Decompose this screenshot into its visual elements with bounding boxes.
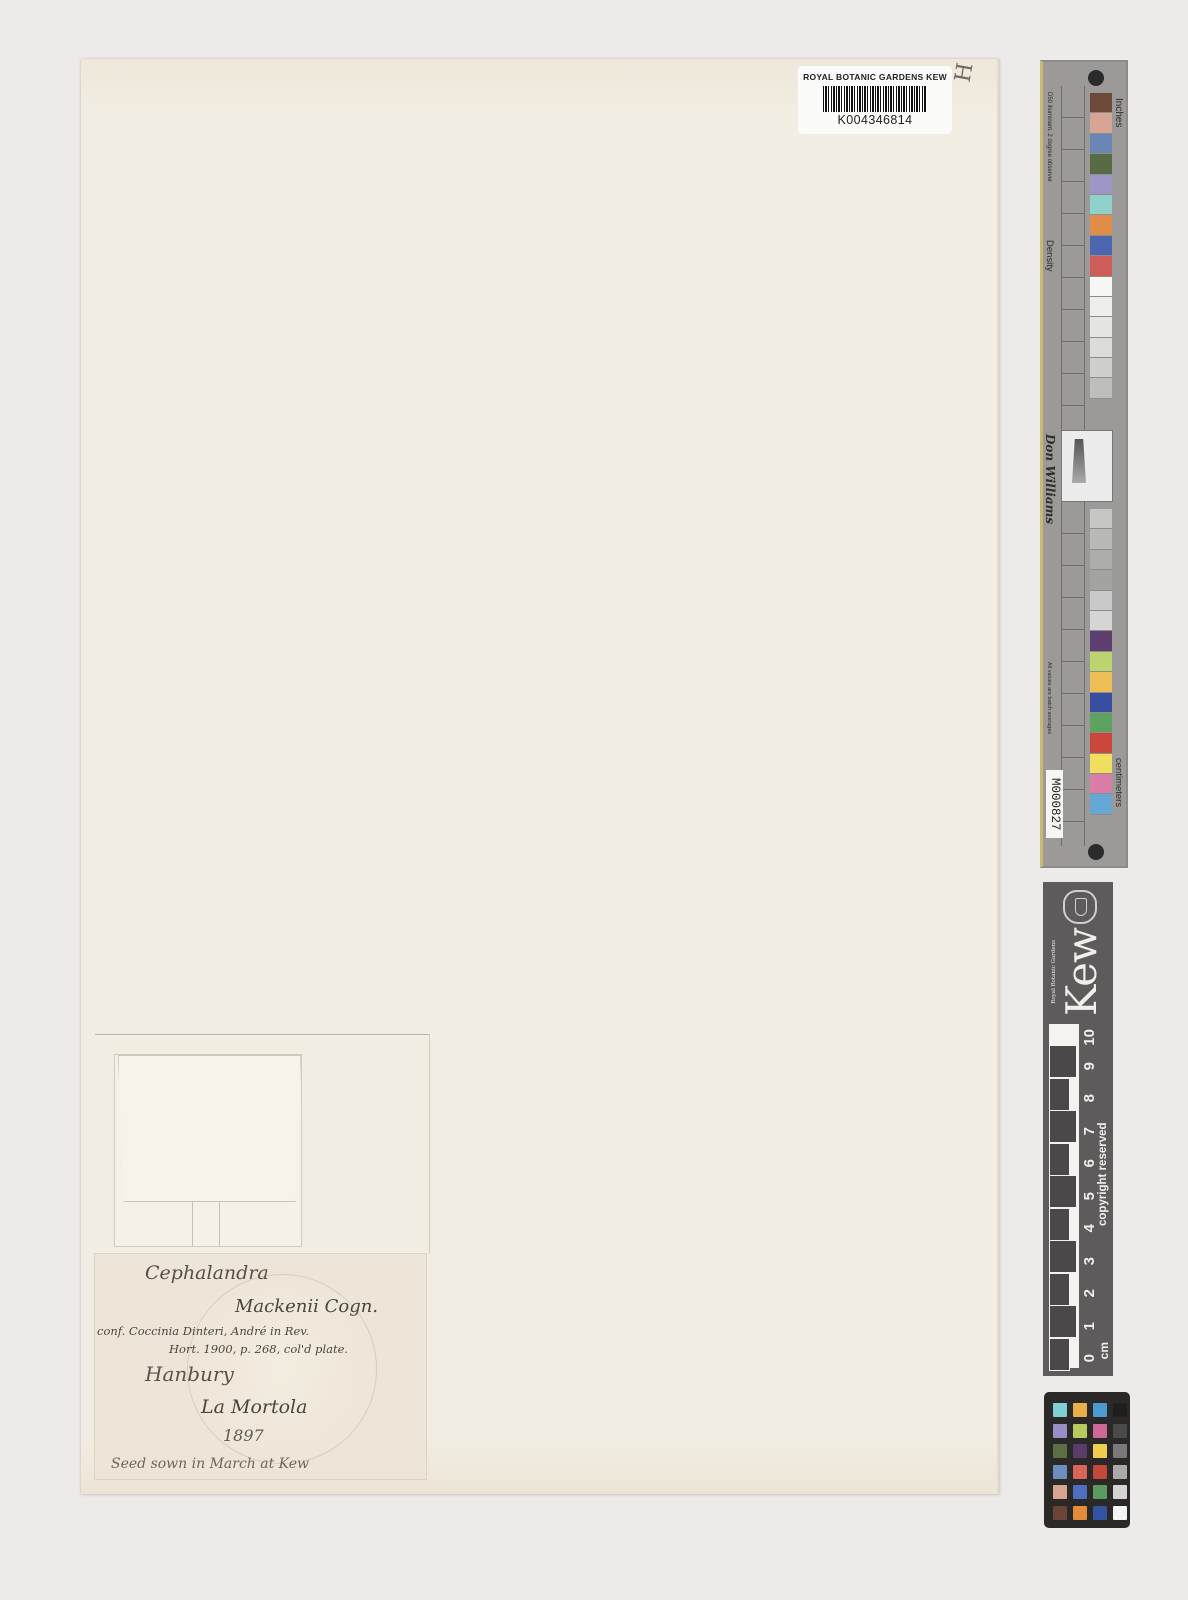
color-swatch bbox=[1090, 358, 1112, 378]
checker-patch bbox=[1053, 1444, 1067, 1458]
label-genus: Cephalandra bbox=[145, 1262, 269, 1284]
unit-label: cm bbox=[1097, 1342, 1113, 1359]
checker-patch bbox=[1113, 1485, 1127, 1499]
color-swatch bbox=[1090, 154, 1112, 174]
side-note: D50 illuminant, 2 degree observer bbox=[1046, 92, 1052, 182]
scale-number: 4 bbox=[1081, 1224, 1097, 1232]
swatch-column-bottom bbox=[1090, 509, 1112, 815]
scale-block bbox=[1049, 1143, 1070, 1176]
checker-patch bbox=[1053, 1403, 1067, 1417]
color-swatch bbox=[1090, 175, 1112, 195]
color-swatch bbox=[1090, 794, 1112, 814]
scale-number: 10 bbox=[1081, 1029, 1097, 1046]
color-swatch bbox=[1090, 774, 1112, 794]
inches-label: Inches bbox=[1113, 98, 1124, 127]
color-swatch bbox=[1090, 550, 1112, 570]
color-swatch bbox=[1090, 652, 1112, 672]
label-epithet: Mackenii Cogn. bbox=[235, 1296, 378, 1317]
scale-number: 1 bbox=[1081, 1322, 1097, 1330]
royal-crest-icon bbox=[1063, 890, 1097, 924]
bottom-note: All values are batch averages bbox=[1046, 662, 1052, 734]
grayscale-inset bbox=[1061, 430, 1113, 502]
color-swatch bbox=[1090, 113, 1112, 133]
cm-numbers: 012345678910 bbox=[1081, 1022, 1097, 1368]
scale-block bbox=[1049, 1110, 1077, 1143]
color-swatch bbox=[1090, 733, 1112, 753]
checker-patch bbox=[1053, 1506, 1067, 1520]
color-swatch bbox=[1090, 672, 1112, 692]
label-year: 1897 bbox=[223, 1426, 264, 1445]
scale-id-label: M000827 bbox=[1046, 770, 1063, 838]
scale-block bbox=[1049, 1305, 1077, 1338]
color-swatch bbox=[1090, 93, 1112, 113]
copyright-text: copyright reserved bbox=[1097, 1026, 1109, 1226]
color-swatch bbox=[1090, 631, 1112, 651]
color-swatch bbox=[1090, 713, 1112, 733]
checker-patch bbox=[1093, 1403, 1107, 1417]
kew-ruler: Kew Royal Botanic Gardens 012345678910 c… bbox=[1043, 882, 1113, 1376]
color-scale-bar: D50 illuminant, 2 degree observer Densit… bbox=[1040, 60, 1128, 868]
barcode-label: ROYAL BOTANIC GARDENS KEW K004346814 bbox=[798, 66, 952, 134]
color-swatch bbox=[1090, 509, 1112, 529]
scale-number: 9 bbox=[1081, 1062, 1097, 1070]
color-swatch bbox=[1090, 134, 1112, 154]
color-swatch bbox=[1090, 277, 1112, 297]
scale-block bbox=[1049, 1273, 1070, 1306]
color-swatch bbox=[1090, 256, 1112, 276]
color-swatch bbox=[1090, 215, 1112, 235]
barcode-number: K004346814 bbox=[798, 113, 952, 127]
packet-flap[interactable] bbox=[118, 1055, 301, 1202]
color-checker-grid bbox=[1053, 1403, 1130, 1520]
swatch-column-top bbox=[1090, 93, 1112, 399]
density-label: Density bbox=[1044, 240, 1055, 272]
color-swatch bbox=[1090, 317, 1112, 337]
label-note: Seed sown in March at Kew bbox=[111, 1456, 309, 1472]
barcode-icon bbox=[823, 86, 927, 112]
hole-icon bbox=[1088, 70, 1104, 86]
specimen-label: Cephalandra Mackenii Cogn. conf. Coccini… bbox=[94, 1253, 427, 1480]
checker-patch bbox=[1113, 1444, 1127, 1458]
density-wedge bbox=[1072, 439, 1086, 483]
color-swatch bbox=[1090, 529, 1112, 549]
color-swatch bbox=[1090, 611, 1112, 631]
color-swatch bbox=[1090, 570, 1112, 590]
scale-block bbox=[1049, 1078, 1070, 1111]
color-swatch bbox=[1090, 338, 1112, 358]
color-swatch bbox=[1090, 378, 1112, 398]
cm-scale bbox=[1049, 1024, 1079, 1368]
checker-patch bbox=[1073, 1424, 1087, 1438]
label-collector: Hanbury bbox=[145, 1362, 234, 1386]
checker-patch bbox=[1113, 1424, 1127, 1438]
checker-patch bbox=[1053, 1485, 1067, 1499]
color-swatch bbox=[1090, 591, 1112, 611]
scale-number: 5 bbox=[1081, 1192, 1097, 1200]
checker-patch bbox=[1093, 1424, 1107, 1438]
checker-patch bbox=[1053, 1465, 1067, 1479]
kew-logo-subtext: Royal Botanic Gardens bbox=[1051, 940, 1057, 1004]
checker-patch bbox=[1073, 1485, 1087, 1499]
institution-name: ROYAL BOTANIC GARDENS KEW bbox=[798, 72, 952, 82]
packet-slit bbox=[192, 1202, 193, 1246]
checker-patch bbox=[1093, 1506, 1107, 1520]
color-swatch bbox=[1090, 195, 1112, 215]
color-swatch bbox=[1090, 754, 1112, 774]
checker-patch bbox=[1093, 1465, 1107, 1479]
checker-patch bbox=[1073, 1465, 1087, 1479]
label-locality: La Mortola bbox=[201, 1396, 307, 1418]
checker-patch bbox=[1113, 1403, 1127, 1417]
checker-patch bbox=[1113, 1465, 1127, 1479]
checker-patch bbox=[1093, 1485, 1107, 1499]
scale-number: 2 bbox=[1081, 1289, 1097, 1297]
checker-patch bbox=[1073, 1444, 1087, 1458]
color-swatch bbox=[1090, 297, 1112, 317]
checker-patch bbox=[1113, 1506, 1127, 1520]
scale-block bbox=[1049, 1208, 1070, 1241]
brand-label: Don Williams bbox=[1043, 434, 1057, 524]
packet-slit bbox=[219, 1202, 220, 1246]
kew-logo: Kew bbox=[1057, 928, 1106, 1016]
scale-block bbox=[1049, 1175, 1077, 1208]
color-checker-card bbox=[1044, 1392, 1130, 1528]
corner-annotation: H bbox=[951, 61, 979, 84]
scale-block bbox=[1049, 1240, 1077, 1273]
checker-patch bbox=[1073, 1506, 1087, 1520]
scale-block bbox=[1049, 1338, 1070, 1371]
scale-number: 0 bbox=[1081, 1354, 1097, 1362]
color-swatch bbox=[1090, 693, 1112, 713]
scale-number: 3 bbox=[1081, 1257, 1097, 1265]
label-reference-line1: conf. Coccinia Dinteri, André in Rev. bbox=[97, 1324, 309, 1338]
checker-patch bbox=[1093, 1444, 1107, 1458]
centimeters-label: centimeters bbox=[1113, 758, 1124, 807]
checker-patch bbox=[1073, 1403, 1087, 1417]
hole-icon bbox=[1088, 844, 1104, 860]
color-swatch bbox=[1090, 236, 1112, 256]
scale-block bbox=[1049, 1045, 1077, 1078]
scale-number: 8 bbox=[1081, 1094, 1097, 1102]
scale-number: 7 bbox=[1081, 1127, 1097, 1135]
label-reference-line2: Hort. 1900, p. 268, col'd plate. bbox=[169, 1342, 348, 1356]
scale-number: 6 bbox=[1081, 1159, 1097, 1167]
checker-patch bbox=[1053, 1424, 1067, 1438]
